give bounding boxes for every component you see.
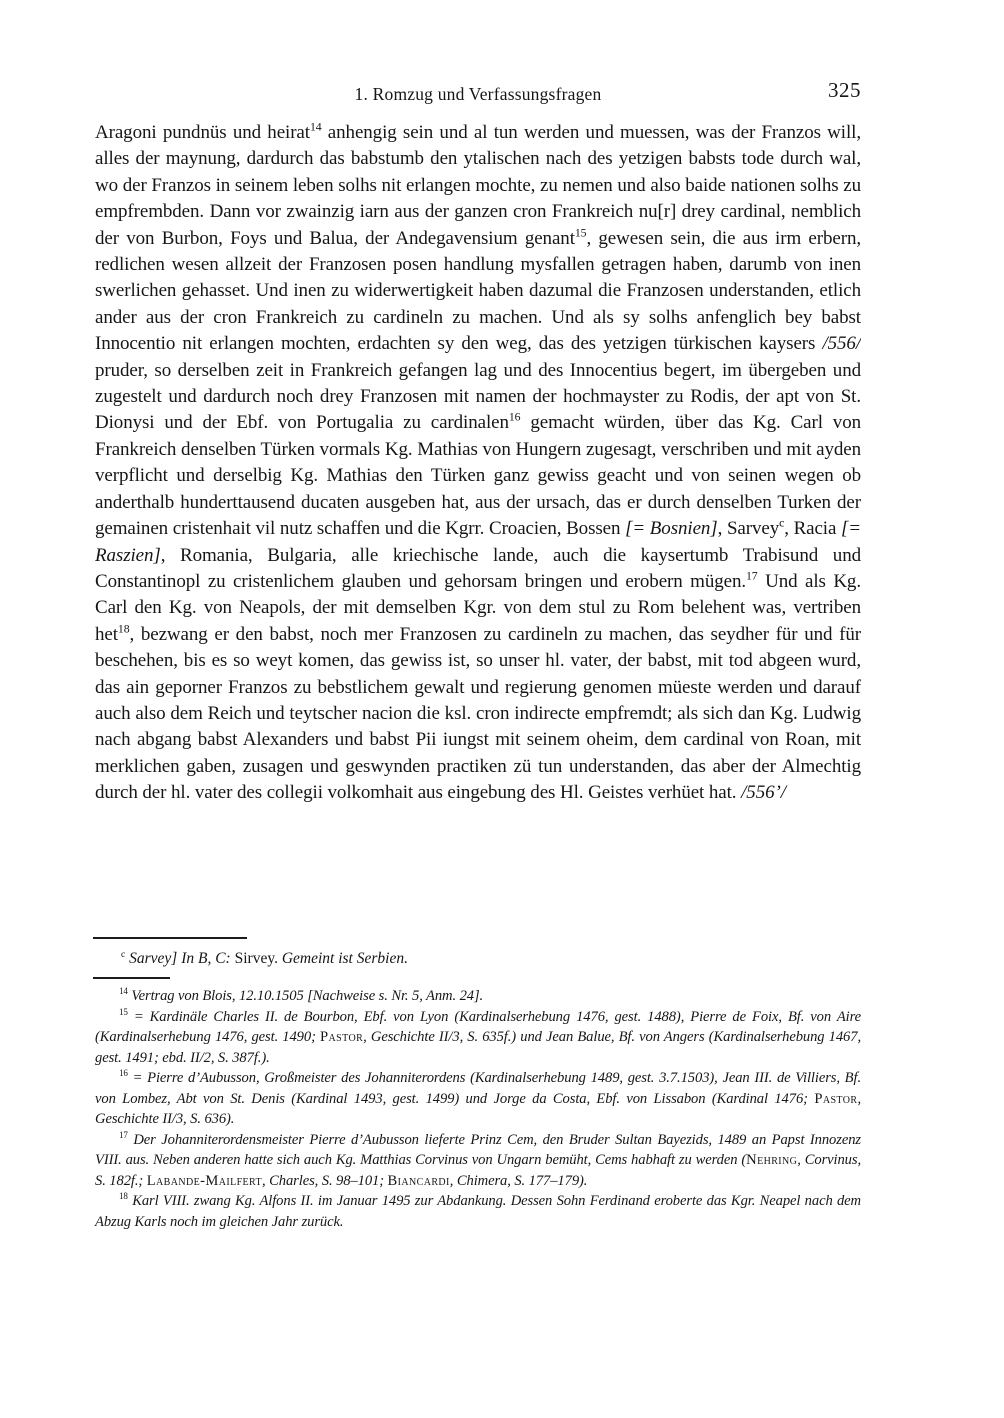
footnote: 16 = Pierre d’Aubusson, Großmeister des … [95,1068,861,1130]
footnote-list: 14 Vertrag von Blois, 12.10.1505 [Nachwe… [95,986,861,1232]
footnote: 17 Der Johanniterordensmeister Pierre d’… [95,1130,861,1192]
apparatus-separator-rule [93,937,247,939]
critical-apparatus-note: c Sarvey] In B, C: Sirvey. Gemeint ist S… [95,948,861,969]
footnote: 18 Karl VIII. zwang Kg. Alfons II. im Ja… [95,1191,861,1232]
running-header: 1. Romzug und Verfassungsfragen 325 [95,84,861,105]
footnote: 14 Vertrag von Blois, 12.10.1505 [Nachwe… [95,986,861,1007]
page-number: 325 [828,80,861,101]
footnote-separator-rule [93,977,170,979]
footnote: 15 = Kardinäle Charles II. de Bourbon, E… [95,1007,861,1069]
running-head-title: 1. Romzug und Verfassungsfragen [355,84,602,104]
body-paragraph: Aragoni pundnüs und heirat14 anhengig se… [95,120,861,807]
book-page: 1. Romzug und Verfassungsfragen 325 Arag… [0,0,1004,1418]
